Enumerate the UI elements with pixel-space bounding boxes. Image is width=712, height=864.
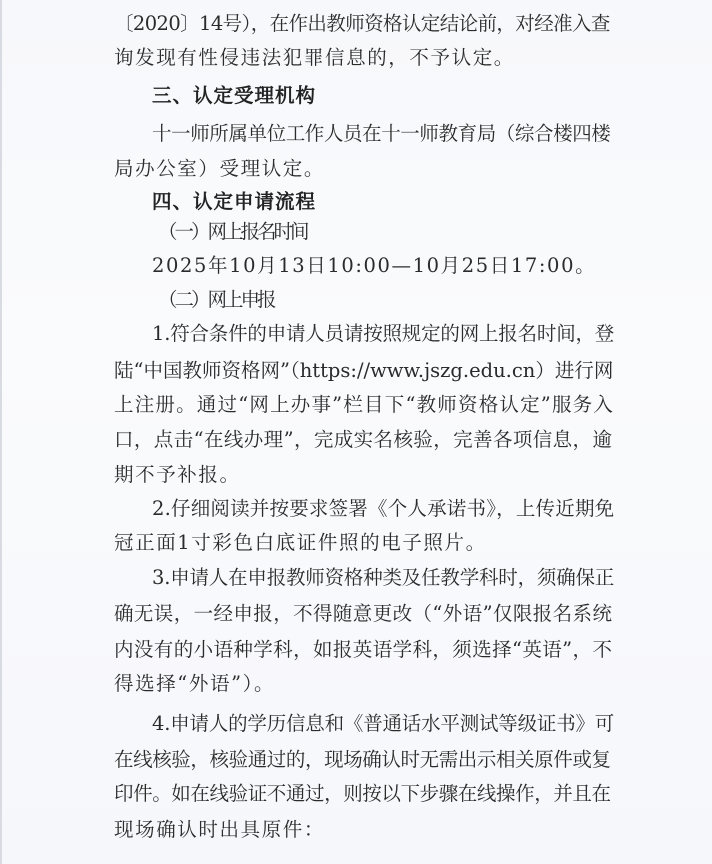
paragraph-line: 询发现有性侵违法犯罪信息的，不予认定。 xyxy=(114,46,614,70)
paragraph-line: 2025年10月13日10:00—10月25日17:00。 xyxy=(152,254,614,278)
paragraph-line: 十一师所属单位工作人员在十一师教育局（综合楼四楼 xyxy=(152,122,614,146)
subsection-heading: （一）网上报名时间 xyxy=(158,220,658,244)
paragraph-line: 2.仔细阅读并按要求签署《个人承诺书》，上传近期免 xyxy=(152,497,614,521)
paragraph-line: 内没有的小语种学科，如报英语学科，须选择“英语”，不 xyxy=(114,638,614,662)
paragraph-line: 冠正面1寸彩色白底证件照的电子照片。 xyxy=(114,531,614,555)
paragraph-line: 印件。如在线验证不通过，则按以下步骤在线操作，并且在 xyxy=(114,782,614,806)
paragraph-line: 现场确认时出具原件： xyxy=(114,818,614,842)
section-heading: 三、认定受理机构 xyxy=(152,84,614,108)
paragraph-line: 3.申请人在申报教师资格种类及任教学科时，须确保正 xyxy=(152,566,614,590)
paragraph-line: 局办公室）受理认定。 xyxy=(114,157,614,181)
paragraph-line: 上注册。通过“网上办事”栏目下“教师资格认定”服务入 xyxy=(114,393,614,417)
paragraph-line: 陆“中国教师资格网”（https://www.jszg.edu.cn）进行网 xyxy=(114,359,614,383)
section-heading: 四、认定申请流程 xyxy=(152,190,614,214)
document-page: 〔2020〕14号），在作出教师资格认定结论前，对经准入查询发现有性侵违法犯罪信… xyxy=(0,0,712,864)
subsection-heading: （二）网上申报 xyxy=(158,288,658,312)
paragraph-line: 1.符合条件的申请人员请按照规定的网上报名时间，登 xyxy=(152,322,614,346)
paragraph-line: 期不予补报。 xyxy=(114,463,614,487)
paragraph-line: 确无误，一经申报，不得随意更改（“外语”仅限报名系统 xyxy=(114,602,614,626)
paragraph-line: 得选择“外语”）。 xyxy=(114,672,614,696)
paragraph-line: 在线核验，核验通过的，现场确认时无需出示相关原件或复 xyxy=(114,748,614,772)
paragraph-line: 4.申请人的学历信息和《普通话水平测试等级证书》可 xyxy=(152,712,614,736)
paragraph-line: 〔2020〕14号），在作出教师资格认定结论前，对经准入查 xyxy=(114,12,614,36)
paragraph-line: 口，点击“在线办理”，完成实名核验，完善各项信息，逾 xyxy=(114,428,614,452)
